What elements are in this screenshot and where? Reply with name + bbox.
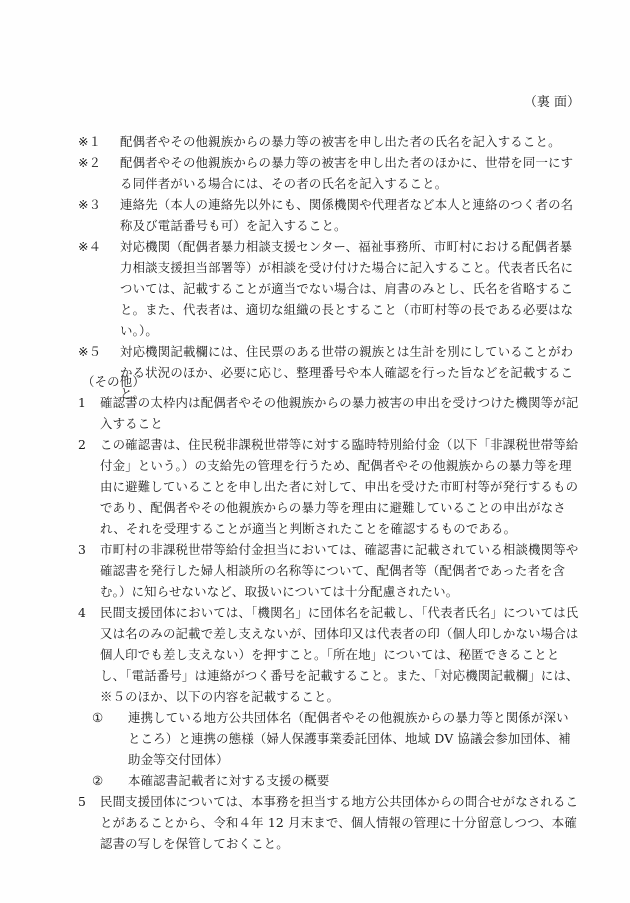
note-2: ※２ 配偶者やその他親族からの暴力等の被害を申し出た者のほかに、世帯を同一にする… — [78, 152, 580, 194]
note-mark: ※４ — [78, 236, 101, 257]
note-mark: ※１ — [78, 131, 101, 152]
item-text: この確認書は、住民税非課税世帯等に対する臨時特別給付金（以下「非課税世帯等給付金… — [100, 434, 580, 539]
other-item-3: 3 市町村の非課税世帯等給付金担当においては、確認書に記載されている相談機関等や… — [78, 539, 580, 602]
item-number: 1 — [78, 392, 86, 413]
item-number: 5 — [78, 791, 86, 812]
note-text: 連絡先（本人の連絡先以外にも、関係機関や代理者など本人と連絡のつく者の名称及び電… — [120, 197, 573, 233]
document-page: （裏 面） ※１ 配偶者やその他親族からの暴力等の被害を申し出た者の氏名を記入す… — [0, 0, 630, 903]
note-mark: ※３ — [78, 194, 101, 215]
item-text: 確認書の太枠内は配偶者やその他親族からの暴力被害の申出を受けつけた機関等が記入す… — [100, 392, 580, 434]
note-text: 配偶者やその他親族からの暴力等の被害を申し出た者の氏名を記入すること。 — [120, 134, 561, 149]
other-item-4: 4 民間支援団体においては、「機関名」に団体名を記載し、「代表者氏名」については… — [78, 602, 580, 707]
note-mark: ※５ — [78, 341, 101, 362]
reverse-side-label: （裏 面） — [500, 93, 580, 113]
item-text: 市町村の非課税世帯等給付金担当においては、確認書に記載されている相談機関等や確認… — [100, 539, 580, 602]
item-text: 民間支援団体においては、「機関名」に団体名を記載し、「代表者氏名」については氏又… — [100, 602, 580, 707]
subitem-text: 連携している地方公共団体名（配偶者やその他親族からの暴力等と関係が深いところ）と… — [128, 710, 571, 767]
other-item-1: 1 確認書の太枠内は配偶者やその他親族からの暴力被害の申出を受けつけた機関等が記… — [78, 392, 580, 434]
note-1: ※１ 配偶者やその他親族からの暴力等の被害を申し出た者の氏名を記入すること。 — [78, 131, 580, 152]
other-subitem-2: ② 本確認書記載者に対する支援の概要 — [92, 770, 580, 791]
notes-section: ※１ 配偶者やその他親族からの暴力等の被害を申し出た者の氏名を記入すること。 ※… — [78, 131, 580, 404]
other-item-2: 2 この確認書は、住民税非課税世帯等に対する臨時特別給付金（以下「非課税世帯等給… — [78, 434, 580, 539]
note-text: 配偶者やその他親族からの暴力等の被害を申し出た者のほかに、世帯を同一にする同伴者… — [120, 155, 573, 191]
section-heading: （その他） — [78, 371, 580, 392]
note-3: ※３ 連絡先（本人の連絡先以外にも、関係機関や代理者など本人と連絡のつく者の名称… — [78, 194, 580, 236]
other-item-5: 5 民間支援団体については、本事務を担当する地方公共団体からの問合せがなされるこ… — [78, 791, 580, 854]
note-4: ※４ 対応機関（配偶者暴力相談支援センター、福祉事務所、市町村における配偶者暴力… — [78, 236, 580, 341]
other-section: （その他） 1 確認書の太枠内は配偶者やその他親族からの暴力被害の申出を受けつけ… — [78, 371, 580, 854]
item-number: 3 — [78, 539, 86, 560]
subitem-number: ① — [92, 707, 103, 728]
subitem-number: ② — [92, 770, 103, 791]
item-text: 民間支援団体については、本事務を担当する地方公共団体からの問合せがなされることが… — [100, 791, 580, 854]
item-number: 4 — [78, 602, 86, 623]
item-number: 2 — [78, 434, 86, 455]
note-text: 対応機関（配偶者暴力相談支援センター、福祉事務所、市町村における配偶者暴力相談支… — [120, 239, 573, 338]
note-mark: ※２ — [78, 152, 101, 173]
subitem-text: 本確認書記載者に対する支援の概要 — [128, 773, 329, 788]
other-subitem-1: ① 連携している地方公共団体名（配偶者やその他親族からの暴力等と関係が深いところ… — [92, 707, 580, 770]
